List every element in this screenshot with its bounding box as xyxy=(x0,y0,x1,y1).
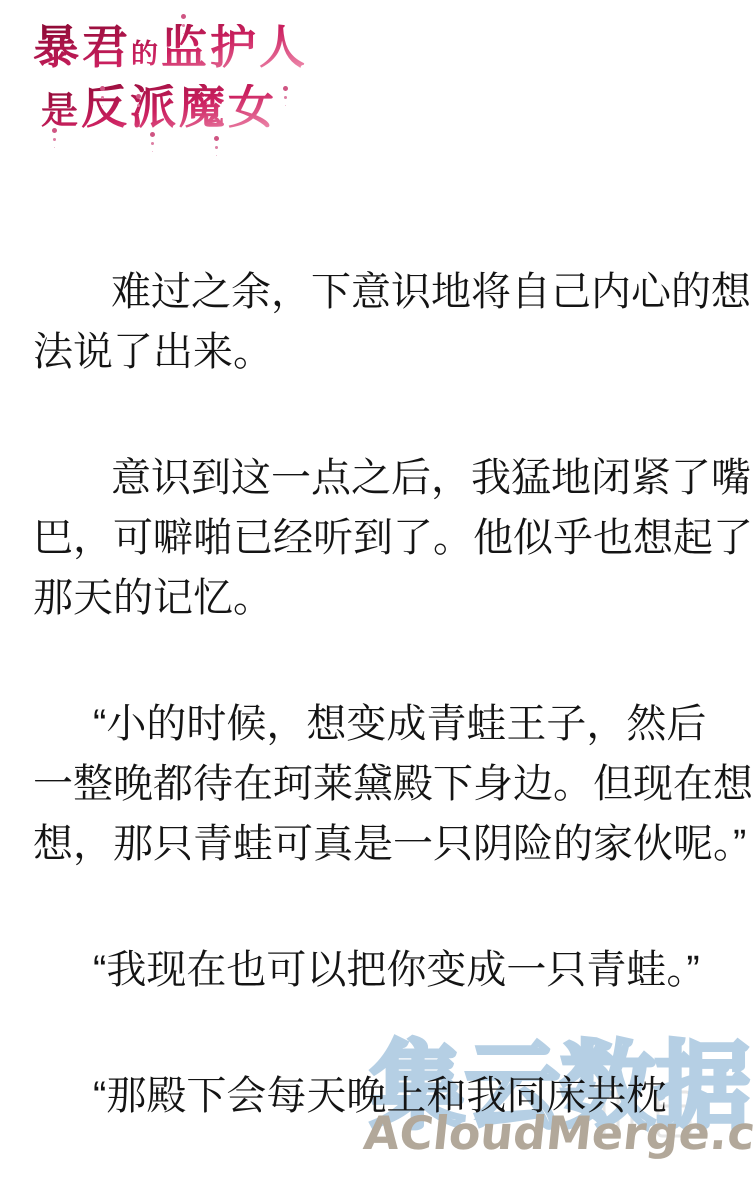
logo-text-segment: 是 xyxy=(41,88,81,132)
logo-line-1: 暴君的监护人 xyxy=(33,24,308,70)
logo-text-segment: 反派 xyxy=(81,80,179,134)
paragraph: “小的时候，想变成青蛙王子，然后 一整晚都待在珂莱黛殿下身边。但现在想 想，那只… xyxy=(33,694,754,874)
novel-page: 暴君的监护人 是反派魔女 难过之余，下意识地将自己内心的想 法说了出来。 意识到… xyxy=(0,0,754,1191)
sparkle-dot-icon xyxy=(100,86,105,91)
sparkle-dot-icon xyxy=(136,94,141,99)
sparkle-dot-icon xyxy=(181,14,186,19)
series-title-logo: 暴君的监护人 是反派魔女 xyxy=(33,24,308,130)
logo-text-segment: 暴君 xyxy=(33,20,131,74)
chapter-text: 难过之余，下意识地将自己内心的想 法说了出来。 意识到这一点之后，我猛地闭紧了嘴… xyxy=(33,262,754,1126)
paragraph: “那殿下会每天晚上和我同床共枕 xyxy=(33,1066,754,1126)
sparkle-dot-icon xyxy=(283,86,288,91)
sparkle-dot-icon xyxy=(214,136,219,141)
sparkle-dot-icon xyxy=(150,132,155,137)
sparkle-dot-icon xyxy=(52,128,57,133)
paragraph: “我现在也可以把你变成一只青蛙。” xyxy=(33,940,754,1000)
paragraph: 意识到这一点之后，我猛地闭紧了嘴 巴，可噼啪已经听到了。他似乎也想起了 那天的记… xyxy=(33,448,754,628)
logo-line-2: 是反派魔女 xyxy=(41,84,277,130)
logo-text-segment: 魔女 xyxy=(179,80,277,134)
paragraph: 难过之余，下意识地将自己内心的想 法说了出来。 xyxy=(33,262,754,382)
logo-text-segment: 的 xyxy=(131,39,161,70)
logo-text-segment: 监护人 xyxy=(161,20,308,74)
